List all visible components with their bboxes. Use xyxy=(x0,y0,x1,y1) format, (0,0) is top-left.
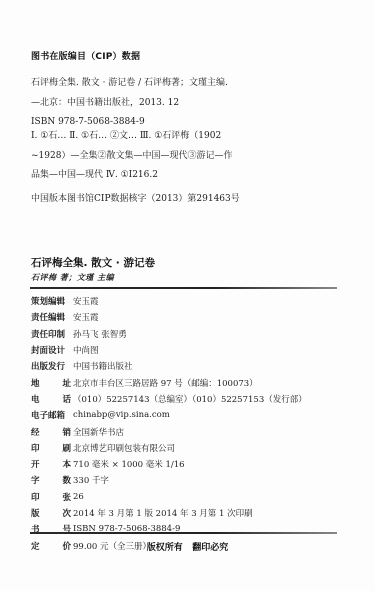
imprint-label: 责任印制 xyxy=(31,328,71,340)
imprint-row: 责任印制孙马飞 张智勇 xyxy=(31,326,307,342)
imprint-value: 北京博艺印刷包装有限公司 xyxy=(73,442,175,454)
bottom-divider xyxy=(30,532,337,534)
imprint-label-part: 经 xyxy=(31,426,40,438)
imprint-value: 北京市丰台区三路居路 97 号（邮编：100073） xyxy=(73,377,258,389)
imprint-row: 字数330 千字 xyxy=(31,472,307,488)
cip-publisher-line: —北京：中国书籍出版社，2013. 12 xyxy=(31,94,228,114)
book-title: 石评梅全集. 散文 · 游记卷 xyxy=(31,255,155,270)
imprint-value: 全国新华书店 xyxy=(73,426,124,438)
classification-line: Ⅰ. ①石… Ⅱ. ①石… ②文… Ⅲ. ①石评梅（1902 xyxy=(31,127,231,147)
imprint-label: 封面设计 xyxy=(31,344,71,356)
imprint-label-part: 出版发行 xyxy=(31,360,65,372)
imprint-row: 版次2014 年 3 月第 1 版 2014 年 3 月第 1 次印刷 xyxy=(31,505,307,521)
imprint-label-part: 话 xyxy=(62,393,71,405)
imprint-label: 经销 xyxy=(31,426,71,438)
imprint-label-part: 电子邮箱 xyxy=(31,409,65,421)
imprint-table: 策划编辑安玉霞责任编辑安玉霞责任印制孙马飞 张智勇封面设计中尚图出版发行中国书籍… xyxy=(31,293,307,554)
imprint-row: 出版发行中国书籍出版社 xyxy=(31,358,307,374)
imprint-row: 印刷北京博艺印刷包装有限公司 xyxy=(31,440,307,456)
imprint-label-part: 印 xyxy=(31,442,40,454)
copyright-page: 图书在版编目（CIP）数据 石评梅全集. 散文 · 游记卷 / 石评梅著；文瑾主… xyxy=(0,0,375,591)
imprint-label: 字数 xyxy=(31,474,71,486)
cip-classification: Ⅰ. ①石… Ⅱ. ①石… ②文… Ⅲ. ①石评梅（1902 ~1928）—全集… xyxy=(31,127,231,186)
imprint-label-part: 刷 xyxy=(62,442,71,454)
imprint-label-part: 印 xyxy=(31,491,40,503)
imprint-label: 印刷 xyxy=(31,442,71,454)
cip-title-line: 石评梅全集. 散文 · 游记卷 / 石评梅著；文瑾主编. xyxy=(31,74,228,94)
imprint-row: 封面设计中尚图 xyxy=(31,342,307,358)
imprint-value: 26 xyxy=(73,492,84,502)
imprint-value: 中尚图 xyxy=(73,344,99,356)
imprint-label-part: 开 xyxy=(31,458,40,470)
imprint-value: 中国书籍出版社 xyxy=(73,360,133,372)
imprint-value: chinabp@vip.sina.com xyxy=(73,410,170,420)
imprint-label-part: 责任印制 xyxy=(31,328,65,340)
top-divider xyxy=(30,287,337,289)
imprint-value: 孙马飞 张智勇 xyxy=(73,328,127,340)
imprint-label-part: 次 xyxy=(62,507,71,519)
cip-heading: 图书在版编目（CIP）数据 xyxy=(31,49,140,62)
imprint-value: 安玉霞 xyxy=(73,295,99,307)
imprint-value: 330 千字 xyxy=(73,474,109,486)
imprint-label-part: 址 xyxy=(62,377,71,389)
book-authors: 石评梅 著；文瑾 主编 xyxy=(31,272,114,283)
imprint-label-part: 策划编辑 xyxy=(31,295,65,307)
imprint-label: 版次 xyxy=(31,507,71,519)
imprint-row: 电子邮箱chinabp@vip.sina.com xyxy=(31,407,307,423)
imprint-row: 经销全国新华书店 xyxy=(31,423,307,439)
imprint-label-part: 张 xyxy=(62,491,71,503)
imprint-row: 责任编辑安玉霞 xyxy=(31,309,307,325)
imprint-value: 2014 年 3 月第 1 版 2014 年 3 月第 1 次印刷 xyxy=(73,507,253,519)
imprint-label: 地址 xyxy=(31,377,71,389)
imprint-label: 电话 xyxy=(31,393,71,405)
imprint-label-part: 电 xyxy=(31,393,40,405)
imprint-label-part: 销 xyxy=(62,426,71,438)
cip-record-number: 中国版本图书馆CIP数据核字（2013）第291463号 xyxy=(31,191,240,204)
cip-record: 石评梅全集. 散文 · 游记卷 / 石评梅著；文瑾主编. —北京：中国书籍出版社… xyxy=(31,74,228,133)
copyright-notice: 版权所有 翻印必究 xyxy=(0,540,375,553)
imprint-row: 策划编辑安玉霞 xyxy=(31,293,307,309)
imprint-row: 地址北京市丰台区三路居路 97 号（邮编：100073） xyxy=(31,374,307,390)
imprint-label-part: 责任编辑 xyxy=(31,311,65,323)
imprint-label: 出版发行 xyxy=(31,360,71,372)
imprint-label-part: 封面设计 xyxy=(31,344,65,356)
imprint-label-part: 版 xyxy=(31,507,40,519)
imprint-label-part: 字 xyxy=(31,474,40,486)
classification-line: ~1928）—全集②散文集—中国—现代③游记—作 xyxy=(31,147,231,167)
imprint-label-part: 数 xyxy=(62,474,71,486)
imprint-label: 责任编辑 xyxy=(31,311,71,323)
imprint-label: 策划编辑 xyxy=(31,295,71,307)
imprint-value: 710 毫米 × 1000 毫米 1/16 xyxy=(73,458,185,470)
imprint-label: 开本 xyxy=(31,458,71,470)
imprint-label: 电子邮箱 xyxy=(31,409,71,421)
imprint-label-part: 地 xyxy=(31,377,40,389)
imprint-label-part: 本 xyxy=(62,458,71,470)
classification-line: 品集—中国—现代 Ⅳ. ①I216.2 xyxy=(31,166,231,186)
imprint-row: 书号ISBN 978-7-5068-3884-9 xyxy=(31,521,307,537)
imprint-row: 电话（010）52257143（总编室）（010）52257153（发行部） xyxy=(31,391,307,407)
imprint-label: 印张 xyxy=(31,491,71,503)
imprint-value: 安玉霞 xyxy=(73,311,99,323)
imprint-row: 印张26 xyxy=(31,489,307,505)
imprint-row: 开本710 毫米 × 1000 毫米 1/16 xyxy=(31,456,307,472)
imprint-value: （010）52257143（总编室）（010）52257153（发行部） xyxy=(73,393,307,405)
